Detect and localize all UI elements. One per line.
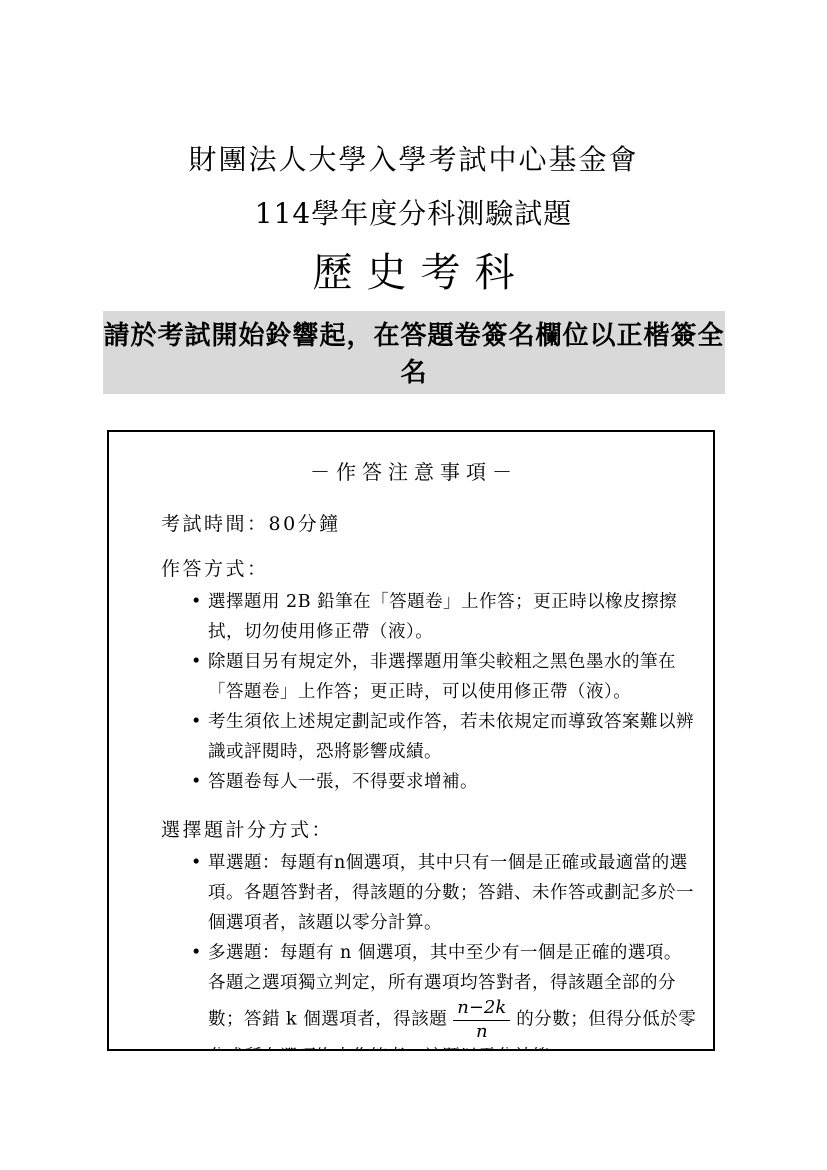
scoring-list: 單選題：每題有n個選項，其中只有一個是正確或最適當的選項。各題答對者，得該題的分…: [191, 848, 699, 1051]
list-item: 多選題：每題有 n 個選項，其中至少有一個是正確的選項。各題之選項獨立判定，所有…: [191, 938, 699, 1051]
instructions-box-title: －作答注意事項－: [109, 456, 713, 485]
fraction-denominator: n: [453, 1021, 510, 1043]
signature-notice-banner: 請於考試開始鈴響起，在答題卷簽名欄位以正楷簽全名: [103, 311, 725, 394]
score-fraction: n−2kn: [453, 998, 510, 1042]
answer-method-heading: 作答方式：: [161, 554, 699, 581]
list-item: 答題卷每人一張，不得要求增補。: [191, 767, 699, 797]
subject-title: 歷史考科: [0, 241, 827, 298]
list-item: 除題目另有規定外，非選擇題用筆尖較粗之黑色墨水的筆在「答題卷」上作答；更正時，可…: [191, 647, 699, 707]
list-item: 單選題：每題有n個選項，其中只有一個是正確或最適當的選項。各題答對者，得該題的分…: [191, 848, 699, 938]
scoring-heading: 選擇題計分方式：: [161, 815, 699, 842]
exam-cover-page: 財團法人大學入學考試中心基金會 114學年度分科測驗試題 歷史考科 請於考試開始…: [0, 0, 827, 1170]
fraction-numerator: n−2k: [453, 998, 510, 1021]
organization-title: 財團法人大學入學考試中心基金會: [0, 0, 827, 178]
answer-method-list: 選擇題用 2B 鉛筆在「答題卷」上作答；更正時以橡皮擦擦拭，切勿使用修正帶（液）…: [191, 587, 699, 797]
list-item: 考生須依上述規定劃記或作答，若未依規定而導致答案難以辨識或評閱時，恐將影響成績。: [191, 707, 699, 767]
instructions-box: －作答注意事項－ 考試時間：80分鐘 作答方式： 選擇題用 2B 鉛筆在「答題卷…: [107, 430, 715, 1051]
exam-session-title: 114學年度分科測驗試題: [0, 192, 827, 232]
exam-time-text: 考試時間：80分鐘: [161, 509, 699, 536]
list-item: 選擇題用 2B 鉛筆在「答題卷」上作答；更正時以橡皮擦擦拭，切勿使用修正帶（液）…: [191, 587, 699, 647]
